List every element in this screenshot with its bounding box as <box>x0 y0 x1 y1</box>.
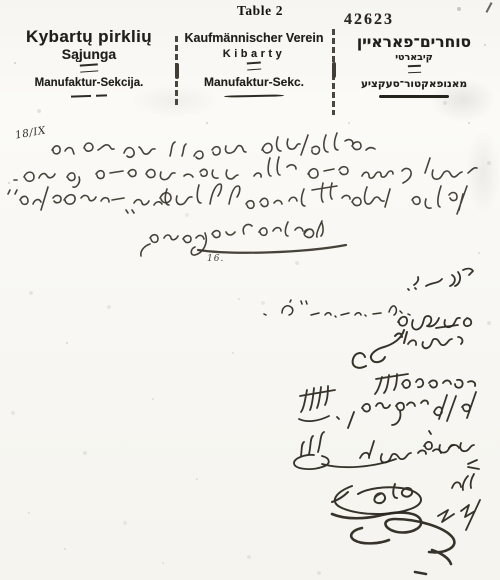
ink-stroke <box>452 460 479 490</box>
signature-ink <box>264 269 480 574</box>
scanned-document-page: Table 2 42623 Kybartų pirklių Sąjunga Ma… <box>0 0 500 580</box>
ink-stroke <box>434 392 476 421</box>
ink-stroke <box>424 431 474 453</box>
ink-stroke <box>264 300 410 317</box>
ink-stroke <box>14 172 80 187</box>
ink-stroke <box>352 187 390 207</box>
ink-stroke <box>332 484 421 514</box>
ink-stroke <box>332 513 454 574</box>
ink-stroke <box>375 374 475 394</box>
ink-stroke <box>146 169 193 179</box>
manuscript-ink <box>8 133 477 256</box>
ink-stroke <box>353 330 407 368</box>
ink-stroke <box>425 158 477 179</box>
ink-stroke <box>438 500 480 530</box>
ink-stroke <box>170 142 203 159</box>
ink-stroke <box>254 157 296 177</box>
ink-stroke <box>212 146 246 155</box>
ink-stroke <box>141 233 206 256</box>
ink-stroke <box>312 183 350 202</box>
ink-stroke <box>260 189 305 207</box>
ink-stroke <box>84 143 114 151</box>
ink-stroke <box>299 386 339 421</box>
ink-stroke <box>124 147 155 157</box>
ink-stroke <box>198 245 346 253</box>
ink-stroke <box>348 400 428 428</box>
ink-stroke <box>294 432 396 469</box>
ink-stroke <box>212 221 323 238</box>
ink-stroke <box>262 135 308 155</box>
ink-layer <box>0 0 500 580</box>
ink-stroke <box>352 142 375 150</box>
ink-stroke <box>52 146 74 154</box>
ink-stroke <box>408 269 473 290</box>
ink-stroke <box>96 170 136 179</box>
ink-stroke <box>412 186 467 214</box>
ink-stroke <box>210 184 254 208</box>
ink-stroke <box>200 169 238 179</box>
ink-stroke <box>312 133 353 154</box>
ink-stroke <box>112 189 169 213</box>
ink-stroke <box>408 325 462 348</box>
ink-stroke <box>308 167 348 178</box>
ink-stroke <box>398 316 471 330</box>
ink-stroke <box>8 187 61 210</box>
ink-stroke <box>362 168 411 183</box>
ink-stroke <box>64 195 109 204</box>
